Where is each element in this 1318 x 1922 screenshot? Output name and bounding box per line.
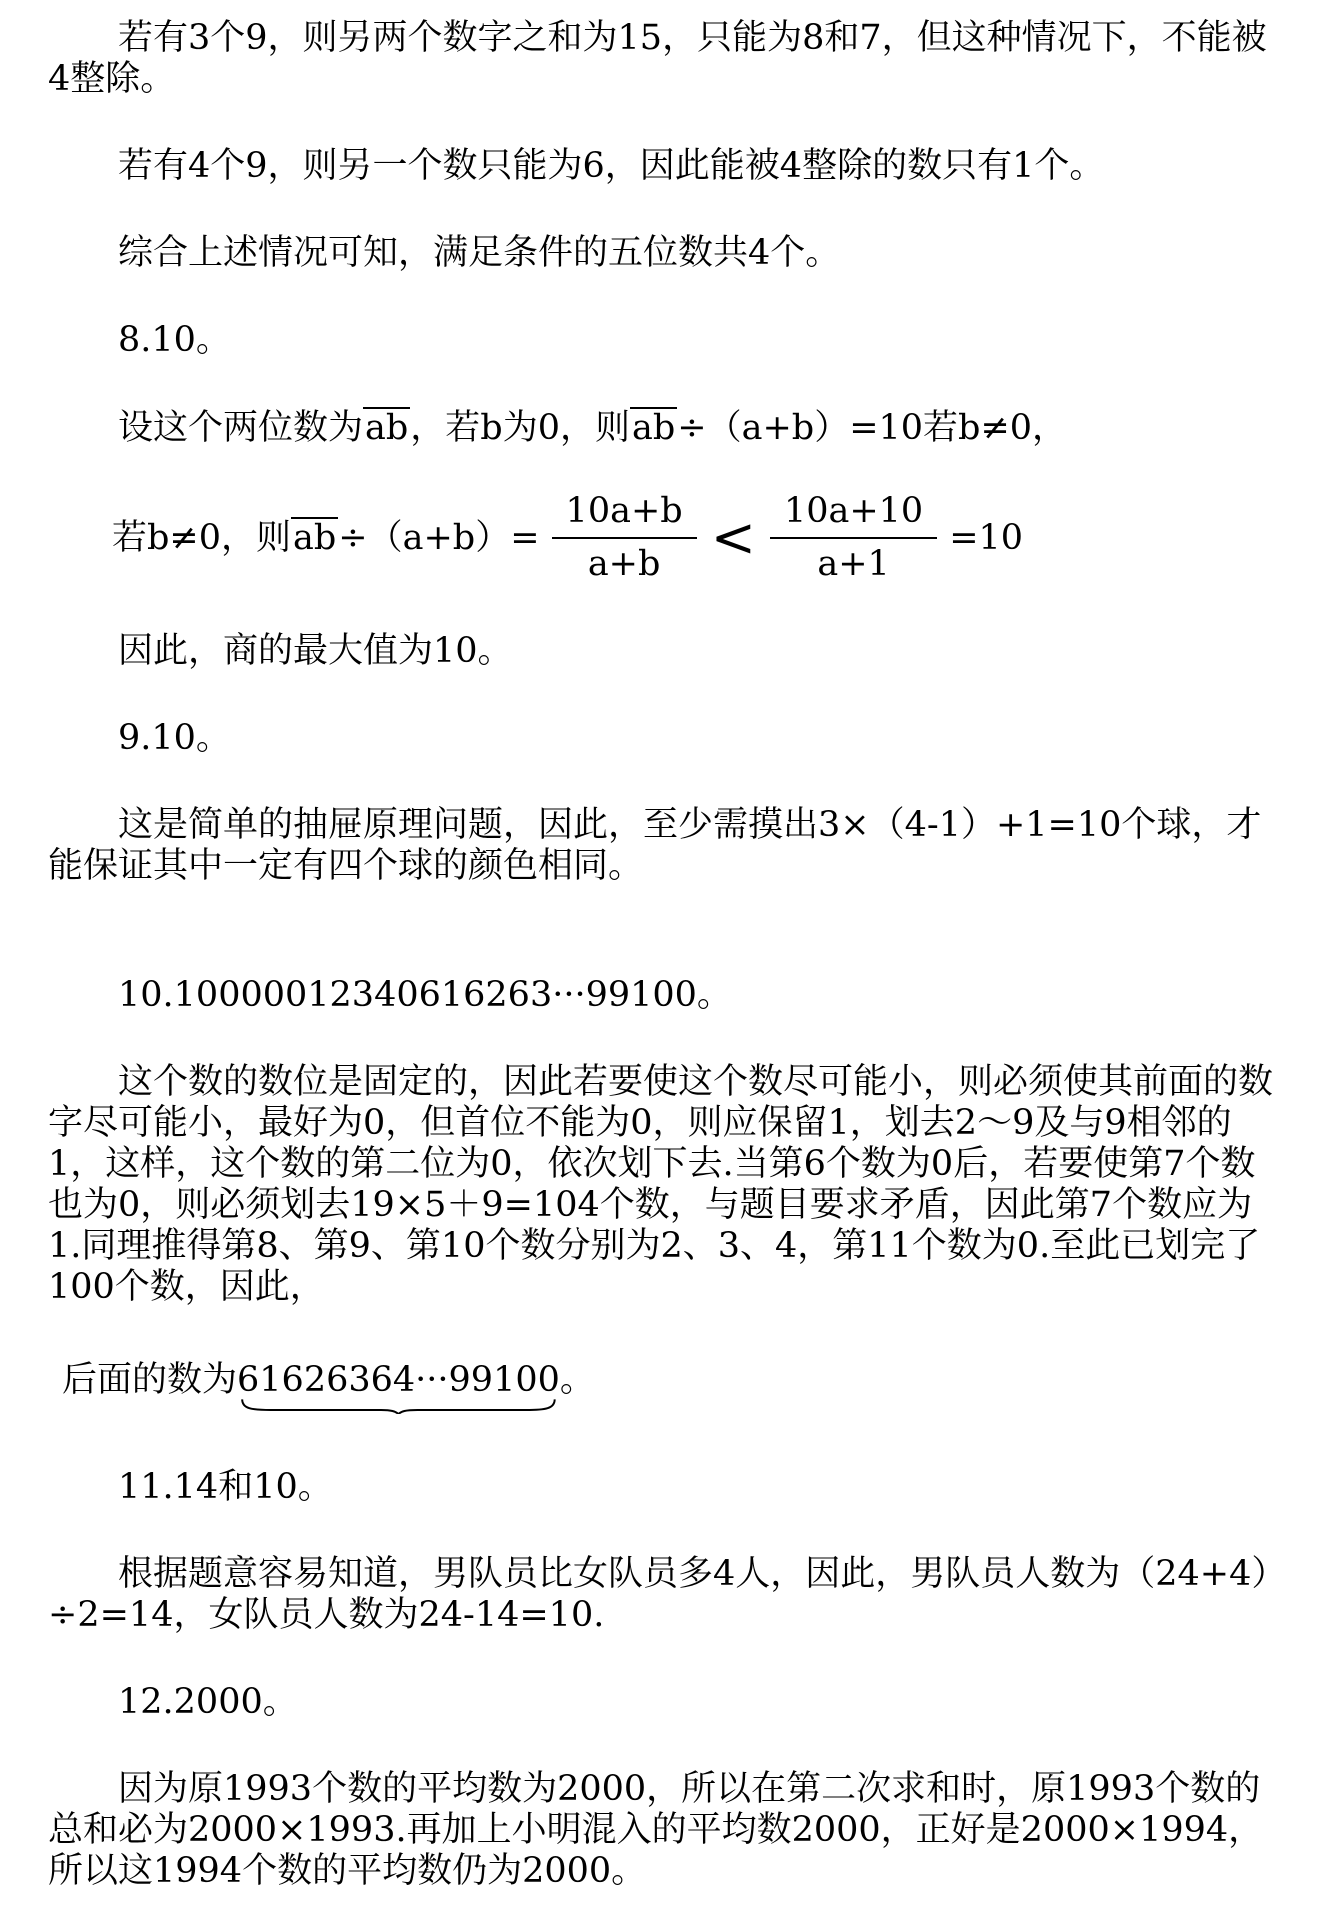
q8-setup-text-1: 设这个两位数为 — [118, 408, 363, 448]
formula-prefix-text: 若b≠0，则ab÷（a+b）= — [112, 517, 540, 559]
q8-inequality-formula: 若b≠0，则ab÷（a+b）= 10a+b a+b < 10a+10 a+1 =… — [48, 491, 1282, 585]
q9-answer-line: 9.10。 — [48, 718, 1282, 759]
q10-result-line: 后面的数为61626364···99100。 — [48, 1360, 1282, 1401]
q7-case-three-nines-paragraph: 若有3个9，则另两个数字之和为15，只能为8和7，但这种情况下，不能被4整除。 — [48, 18, 1282, 100]
q10-tail-period: 。 — [560, 1360, 595, 1400]
ab-overline-3: ab — [291, 517, 338, 557]
formula-divide-text: ÷（a+b）= — [338, 518, 539, 558]
fraction-2-denominator: a+1 — [770, 539, 937, 585]
ab-overline-2: ab — [630, 407, 677, 447]
document-page: { "page": { "background": "#ffffff", "te… — [0, 0, 1318, 1922]
q10-answer-line: 10.10000012340616263···99100。 — [48, 975, 1282, 1016]
q7-conclusion-paragraph: 综合上述情况可知，满足条件的五位数共4个。 — [48, 233, 1282, 274]
q10-tail-number: 61626364···99100 — [237, 1360, 560, 1400]
fraction-2-numerator: 10a+10 — [770, 491, 937, 539]
q9-explanation-paragraph: 这是简单的抽屉原理问题，因此，至少需摸出3×（4-1）+1=10个球，才能保证其… — [48, 805, 1282, 887]
fraction-1: 10a+b a+b — [552, 491, 697, 585]
q10-tail-prefix: 后面的数为 — [62, 1360, 237, 1400]
formula-prefix: 若b≠0，则 — [112, 518, 291, 558]
q12-answer-line: 12.2000。 — [48, 1682, 1282, 1723]
q8-setup-text-2: ，若b为0，则 — [410, 408, 630, 448]
fraction-1-numerator: 10a+b — [552, 491, 697, 539]
q10-underbraced-number: 61626364···99100 — [237, 1360, 560, 1401]
q11-answer-line: 11.14和10。 — [48, 1467, 1282, 1508]
formula-equals-ten: =10 — [949, 518, 1023, 559]
q10-explanation-paragraph: 这个数的数位是固定的，因此若要使这个数尽可能小，则必须使其前面的数字尽可能小，最… — [48, 1062, 1282, 1308]
q8-answer-line: 8.10。 — [48, 320, 1282, 361]
less-than-sign: < — [711, 511, 756, 565]
fraction-1-denominator: a+b — [552, 539, 697, 585]
q8-conclusion-paragraph: 因此，商的最大值为10。 — [48, 631, 1282, 672]
ab-overline-1: ab — [363, 407, 410, 447]
solutions-document: 若有3个9，则另两个数字之和为15，只能为8和7，但这种情况下，不能被4整除。 … — [48, 18, 1282, 1892]
q12-explanation-paragraph: 因为原1993个数的平均数为2000，所以在第二次求和时，原1993个数的总和必… — [48, 1769, 1282, 1892]
underbrace — [239, 1398, 558, 1414]
q7-case-four-nines-paragraph: 若有4个9，则另一个数只能为6，因此能被4整除的数只有1个。 — [48, 146, 1282, 187]
fraction-2: 10a+10 a+1 — [770, 491, 937, 585]
q8-setup-text-3: ÷（a+b）=10若b≠0， — [677, 408, 1067, 448]
q11-explanation-paragraph: 根据题意容易知道，男队员比女队员多4人，因此，男队员人数为（24+4）÷2=14… — [48, 1554, 1282, 1636]
q8-setup-line: 设这个两位数为ab，若b为0，则ab÷（a+b）=10若b≠0， — [48, 407, 1282, 449]
